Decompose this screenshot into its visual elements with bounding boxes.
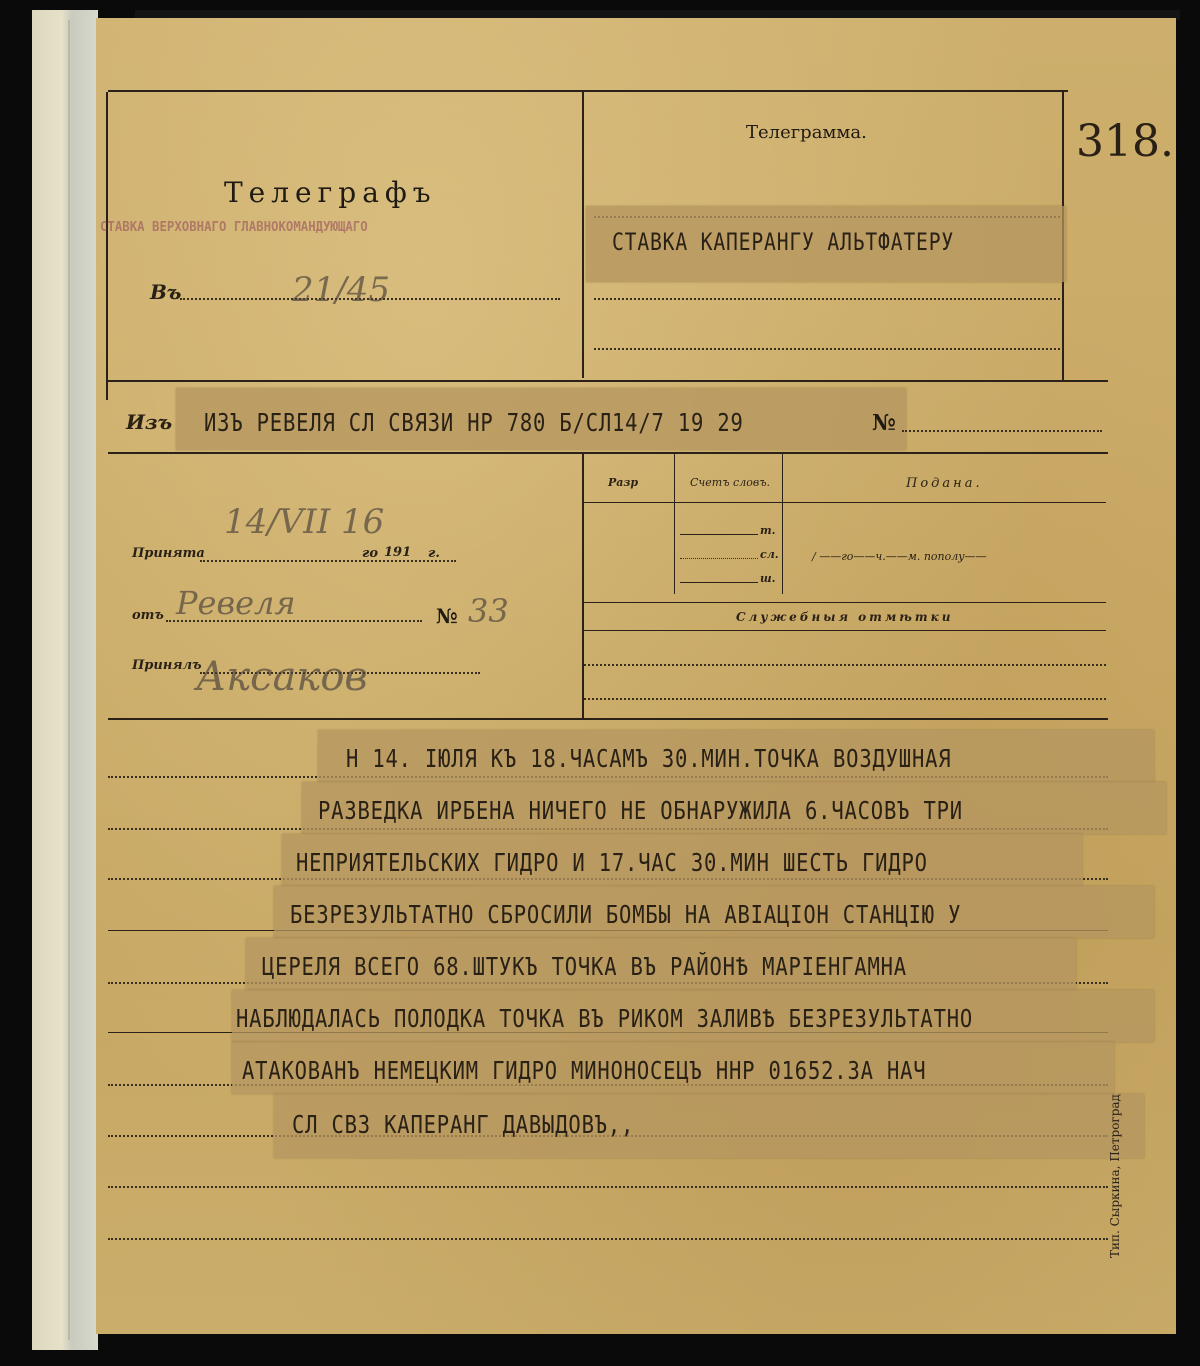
submitted-line: / ——го——ч.——м. пополу—— bbox=[812, 550, 987, 563]
address-line-3 bbox=[594, 348, 1060, 350]
message-line-5: ЦЕРЕЛЯ ВСЕГО 68.ШТУКЪ ТОЧКА ВЪ РАЙОНѢ МА… bbox=[262, 952, 907, 981]
wc-label-t: т. bbox=[760, 524, 775, 537]
year-suffix: г. bbox=[428, 546, 440, 561]
wc-line-t bbox=[680, 534, 758, 535]
origin-bottom-rule bbox=[108, 452, 1108, 454]
service-line-1 bbox=[584, 664, 1106, 666]
archive-binding-strip bbox=[32, 10, 98, 1350]
message-line-4: БЕЗРЕЗУЛЬТАТНО СБРОСИЛИ БОМБЫ НА АВІАЦІО… bbox=[290, 900, 961, 929]
to-label: Въ bbox=[150, 280, 181, 304]
receipt-number-label: № bbox=[436, 604, 458, 628]
origin-number-sign: № bbox=[872, 410, 896, 436]
service-bottom-rule bbox=[108, 718, 1108, 720]
message-line-6: НАБЛЮДАЛАСЬ ПОЛОДКА ТОЧКА ВЪ РИКОМ ЗАЛИВ… bbox=[236, 1004, 973, 1033]
body-line-9 bbox=[108, 1186, 1108, 1188]
col-divider-2 bbox=[782, 454, 783, 594]
col-word-count-header: Счетъ словъ. bbox=[690, 476, 770, 489]
archive-number: 318. bbox=[1076, 116, 1174, 167]
accepted-value-handwritten: 14/VII 16 bbox=[224, 502, 384, 542]
address-text: СТАВКА КАПЕРАНГУ АЛЬТФАТЕРУ bbox=[612, 228, 954, 256]
wc-line-sl bbox=[680, 558, 758, 559]
service-left-rule bbox=[582, 454, 584, 718]
accepted-go: го bbox=[362, 546, 378, 561]
printer-imprint: Тип. Сыркина, Петроград bbox=[1108, 1094, 1122, 1258]
message-line-7: АТАКОВАНЪ НЕМЕЦКИМ ГИДРО МИНОНОСЕЦЪ ННР … bbox=[242, 1056, 926, 1085]
service-marks-rule bbox=[584, 630, 1106, 631]
from-label: отъ bbox=[132, 608, 164, 623]
col-divider-1 bbox=[674, 454, 675, 594]
header-bottom-rule bbox=[108, 380, 1108, 382]
wc-label-sl: сл. bbox=[760, 548, 779, 561]
header-mid-rule bbox=[582, 92, 584, 378]
received-by-label: Принялъ bbox=[132, 658, 202, 673]
message-line-3: НЕПРИЯТЕЛЬСКИХ ГИДРО И 17.ЧАС 30.МИН ШЕС… bbox=[296, 848, 928, 877]
to-value-handwritten: 21/45 bbox=[292, 270, 390, 310]
receipt-number-handwritten: 33 bbox=[468, 592, 509, 630]
binding-fold bbox=[68, 20, 70, 1340]
service-mid-rule bbox=[584, 602, 1106, 603]
wc-line-sh bbox=[680, 582, 758, 583]
origin-text: ИЗЪ РЕВЕЛЯ СЛ СВЯЗИ НР 780 Б/СЛ14/7 19 2… bbox=[204, 408, 744, 437]
body-line-10 bbox=[108, 1238, 1108, 1240]
wc-label-sh: ш. bbox=[760, 572, 775, 585]
message-line-1: Н 14. ІЮЛЯ КЪ 18.ЧАСАМЪ 30.МИН.ТОЧКА ВОЗ… bbox=[346, 744, 951, 773]
service-header-rule bbox=[584, 502, 1106, 503]
received-by-handwritten: Аксаков bbox=[196, 654, 368, 700]
origin-number-line bbox=[902, 430, 1102, 432]
headquarters-stamp: СТАВКА ВЕРХОВНАГО ГЛАВНОКОМАНДУЮЩАГО bbox=[100, 220, 368, 235]
accepted-label: Принята bbox=[132, 546, 205, 561]
origin-label: Изъ bbox=[126, 410, 172, 434]
telegram-form: Телеграфъ СТАВКА ВЕРХОВНАГО ГЛАВНОКОМАНД… bbox=[96, 18, 1176, 1334]
telegram-title: Телеграмма. bbox=[746, 122, 867, 143]
telegraph-title: Телеграфъ bbox=[224, 176, 437, 209]
col-category-header: Разр bbox=[608, 476, 638, 489]
year-prefix: 191 bbox=[384, 545, 411, 560]
address-line-2 bbox=[594, 298, 1060, 300]
from-value-handwritten: Ревеля bbox=[176, 584, 296, 622]
accepted-line bbox=[200, 560, 456, 562]
header-top-rule bbox=[108, 90, 1068, 92]
header-left-rule bbox=[106, 92, 108, 400]
service-line-2 bbox=[584, 698, 1106, 700]
message-line-2: РАЗВЕДКА ИРБЕНА НИЧЕГО НЕ ОБНАРУЖИЛА 6.Ч… bbox=[318, 796, 963, 825]
col-submitted-header: Подана. bbox=[906, 476, 983, 491]
message-line-8: СЛ СВЗ КАПЕРАНГ ДАВЫДОВЪ,, bbox=[292, 1110, 634, 1139]
service-marks-label: Служебныя отмѣтки bbox=[736, 610, 953, 624]
